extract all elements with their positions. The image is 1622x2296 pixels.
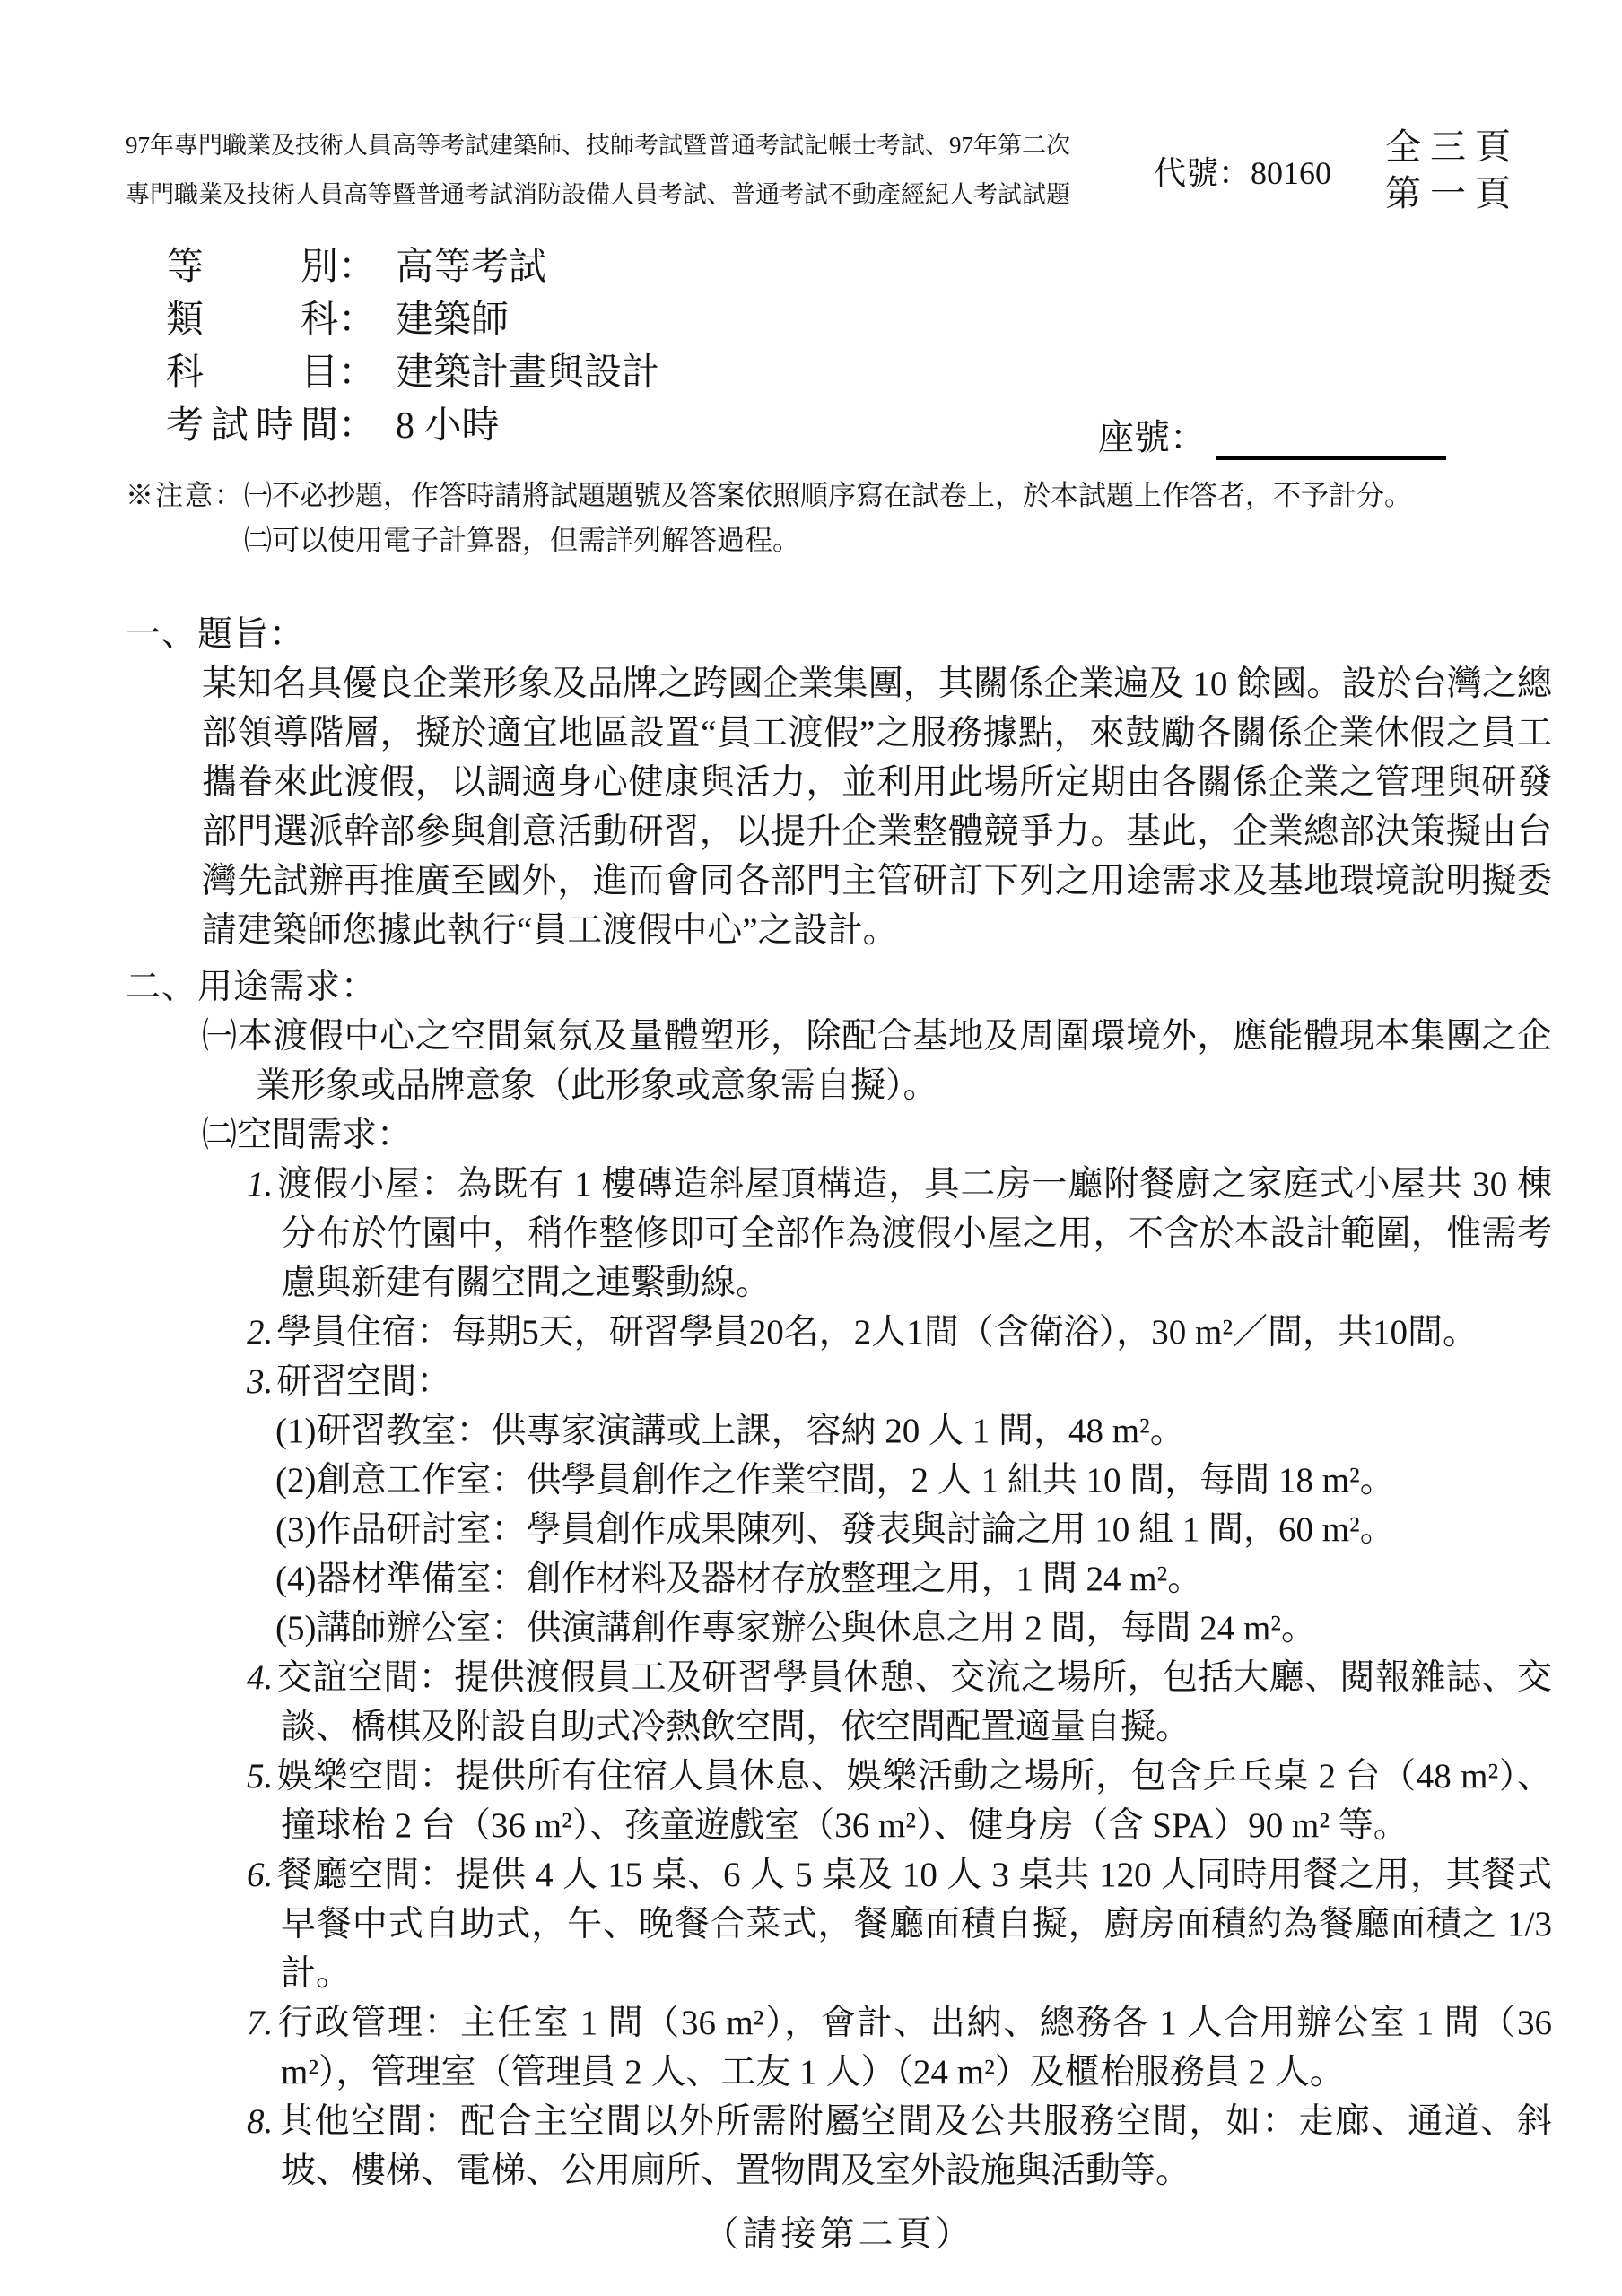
item-text: 行政管理：主任室 1 間（36 m²），會計、出納、總務各 1 人合用辦公室 1… [276, 2004, 1552, 2092]
notice-item-1: ㈠不必抄題，作答時請將試題題號及答案依照順序寫在試卷上，於本試題上作答者，不予計… [244, 474, 1412, 518]
section2-heading: 二、用途需求： [126, 962, 1552, 1012]
item-text: 渡假小屋：為既有 1 樓磚造斜屋頂構造，具二房一廳附餐廚之家庭式小屋共 30 棟… [276, 1165, 1552, 1302]
study-sub-lecturer-office: (5)講師辦公室：供演講創作專家辦公與休息之用 2 間，每間 24 m²。 [275, 1604, 1552, 1653]
meta-value: 8 小時 [396, 396, 500, 449]
continue-next-page-note: （請接第二頁） [126, 2206, 1552, 2257]
space-item-administration: 7.行政管理：主任室 1 間（36 m²），會計、出納、總務各 1 人合用辦公室… [247, 1998, 1552, 2097]
seat-number-block: 座號： [1098, 409, 1446, 460]
pages-total: 全三頁 [1385, 124, 1520, 170]
meta-label: 類科 [166, 290, 338, 344]
study-sub-workshop: (2)創意工作室：供學員創作之作業空間，2 人 1 組共 10 間，每間 18 … [275, 1456, 1552, 1505]
space-item-study: 3.研習空間： [247, 1357, 1552, 1406]
space-requirement-list: 1.渡假小屋：為既有 1 樓磚造斜屋頂構造，具二房一廳附餐廚之家庭式小屋共 30… [247, 1160, 1552, 2196]
study-sub-seminar: (3)作品研討室：學員創作成果陳列、發表與討論之用 10 組 1 間，60 m²… [275, 1505, 1552, 1554]
exam-body: 一、題旨： 某知名具優良企業形象及品牌之跨國企業集團，其關係企業遍及 10 餘國… [126, 610, 1552, 2196]
item-text: 學員住宿：每期5天，研習學員20名，2人1間（含衛浴），30 m²／間，共10間… [276, 1313, 1478, 1352]
meta-row-category: 類科： 建築師 [166, 290, 1552, 343]
notice-section: ※注意： ㈠不必抄題，作答時請將試題題號及答案依照順序寫在試卷上，於本試題上作答… [126, 474, 1552, 563]
meta-row-grade: 等別： 高等考試 [166, 237, 1552, 290]
item-number: 8. [247, 2102, 276, 2141]
meta-label: 科目 [166, 343, 338, 396]
item-number: 3. [247, 1362, 276, 1401]
page-current: 第一頁 [1385, 170, 1520, 217]
item-number: 6. [247, 1856, 276, 1894]
requirement-ambience: ㈠本渡假中心之空間氣氛及量體塑形，除配合基地及周圍環境外，應能體現本集團之企業形… [202, 1012, 1552, 1110]
item-number: 5. [247, 1757, 276, 1796]
exam-code: 代號：80160 [1154, 148, 1331, 194]
study-sub-equipment: (4)器材準備室：創作材料及器材存放整理之用，1 間 24 m²。 [275, 1554, 1552, 1604]
exam-paper-page: 97年專門職業及技術人員高等考試建築師、技師考試暨普通考試記帳士考試、97年第二… [0, 0, 1622, 2296]
notice-marker: ※注意： [126, 474, 244, 563]
item-text: 交誼空間：提供渡假員工及研習學員休憩、交流之場所，包括大廳、閱報雜誌、交談、橋棋… [276, 1658, 1552, 1746]
notice-items: ㈠不必抄題，作答時請將試題題號及答案依照順序寫在試卷上，於本試題上作答者，不予計… [244, 474, 1412, 563]
space-item-social: 4.交誼空間：提供渡假員工及研習學員休憩、交流之場所，包括大廳、閱報雜誌、交談、… [247, 1653, 1552, 1752]
meta-value: 建築師 [396, 290, 509, 344]
item-text: 其他空間：配合主空間以外所需附屬空間及公共服務空間，如：走廊、通道、斜坡、樓梯、… [276, 2102, 1552, 2190]
exam-title: 97年專門職業及技術人員高等考試建築師、技師考試暨普通考試記帳士考試、97年第二… [126, 121, 1094, 220]
space-item-others: 8.其他空間：配合主空間以外所需附屬空間及公共服務空間，如：走廊、通道、斜坡、樓… [247, 2097, 1552, 2196]
page-indicator: 全三頁 第一頁 [1385, 124, 1520, 217]
item-number: 1. [247, 1165, 276, 1204]
item-number: 4. [247, 1658, 276, 1697]
meta-label: 等別 [166, 237, 338, 291]
notice-item-2: ㈡可以使用電子計算器，但需詳列解答過程。 [244, 518, 1412, 563]
meta-value: 建築計畫與設計 [396, 343, 659, 396]
item-number: 2. [247, 1313, 276, 1352]
seat-number-blank [1216, 428, 1446, 460]
meta-row-duration: 考試時間： 8 小時 座號： [166, 396, 1552, 448]
exam-title-line2: 專門職業及技術人員高等暨普通考試消防設備人員考試、普通考試不動產經紀人考試試題 [126, 170, 1094, 220]
seat-number-label: 座號： [1098, 409, 1206, 460]
space-item-recreation: 5.娛樂空間：提供所有住宿人員休息、娛樂活動之場所，包含乒乓桌 2 台（48 m… [247, 1752, 1552, 1850]
item-text: 餐廳空間：提供 4 人 15 桌、6 人 5 桌及 10 人 3 桌共 120 … [276, 1856, 1552, 1993]
section1-heading: 一、題旨： [126, 610, 1552, 659]
meta-row-subject: 科目： 建築計畫與設計 [166, 343, 1552, 396]
exam-meta: 等別： 高等考試 類科： 建築師 科目： 建築計畫與設計 考試時間： 8 小時 … [126, 237, 1552, 448]
space-item-dining: 6.餐廳空間：提供 4 人 15 桌、6 人 5 桌及 10 人 3 桌共 12… [247, 1850, 1552, 1998]
space-item-lodging: 2.學員住宿：每期5天，研習學員20名，2人1間（含衛浴），30 m²／間，共1… [247, 1308, 1552, 1357]
item-text: 娛樂空間：提供所有住宿人員休息、娛樂活動之場所，包含乒乓桌 2 台（48 m²）… [276, 1757, 1552, 1845]
exam-title-line1: 97年專門職業及技術人員高等考試建築師、技師考試暨普通考試記帳士考試、97年第二… [126, 121, 1094, 170]
space-item-cottages: 1.渡假小屋：為既有 1 樓磚造斜屋頂構造，具二房一廳附餐廚之家庭式小屋共 30… [247, 1160, 1552, 1308]
requirement-space-label: ㈡空間需求： [202, 1110, 1552, 1160]
item-text: 研習空間： [276, 1362, 451, 1401]
study-sub-classroom: (1)研習教室：供專家演講或上課，容納 20 人 1 間，48 m²。 [275, 1406, 1552, 1456]
item-number: 7. [247, 2004, 276, 2042]
header: 97年專門職業及技術人員高等考試建築師、技師考試暨普通考試記帳士考試、97年第二… [126, 121, 1552, 220]
section1-paragraph: 某知名具優良企業形象及品牌之跨國企業集團，其關係企業遍及 10 餘國。設於台灣之… [202, 659, 1552, 955]
meta-label: 考試時間 [166, 396, 338, 449]
meta-value: 高等考試 [396, 237, 546, 291]
